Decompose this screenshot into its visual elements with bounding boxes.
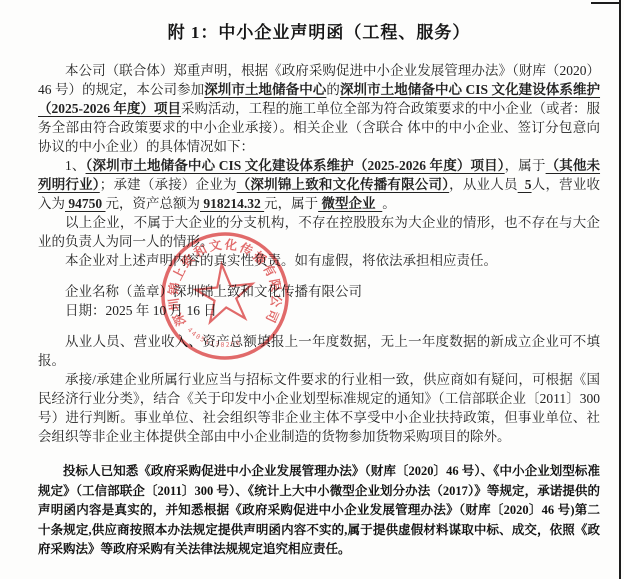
text-segment: 1、 [65, 158, 86, 173]
truthfulness-statement: 本企业对上述声明内容的真实性负责。如有虚假，将依法承担相应责任。 [38, 251, 600, 270]
scanned-page: 附 1：中小企业声明函（工程、服务） 本公司（联合体）郑重声明，根据《政府采购促… [0, 0, 624, 579]
filling-note: 从业人员、营业收入、资产总额填报上一年度数据，无上一年度数据的新成立企业可不填报… [38, 332, 600, 370]
text-segment: 以上企业，不属于大企业的分支机构，不存在控股股东为大企业的情形，也不存在与大企业… [38, 215, 600, 249]
bidder-legal-acknowledgement: 投标人已知悉《政府采购促进中小企业发展管理办法》（财库〔2020〕46 号）、《… [38, 462, 600, 560]
enterprise-detail-item-filled-value: （深圳锦上致和文化传播有限公司） [237, 177, 449, 192]
text-segment: ，属于 [505, 158, 546, 173]
enterprise-detail-item-filled-value: 微型企业 [318, 196, 382, 211]
no-affiliation-statement: 以上企业，不属于大企业的分支机构，不存在控股股东为大企业的情形，也不存在与大企业… [38, 213, 600, 251]
text-segment: 。 [382, 196, 396, 211]
declaration-intro: 本公司（联合体）郑重声明，根据《政府采购促进中小企业发展管理办法》（财库（202… [38, 61, 600, 156]
page-edge-line-right [619, 0, 621, 579]
industry-judgement-note: 承接/承建企业所属行业应当与招标文件要求的行业相一致，供应商如有疑问，可根据《国… [38, 370, 600, 446]
text-segment: 从业人员、营业收入、资产总额填报上一年度数据，无上一年度数据的新成立企业可不填报… [38, 334, 600, 368]
text-segment: 本企业对上述声明内容的真实性负责。如有虚假，将依法承担相应责任。 [65, 253, 497, 268]
text-segment: ，从业人员 [449, 177, 518, 192]
enterprise-detail-item-filled-value: 94750 [65, 196, 106, 211]
text-segment: ；承建（承接）企业为 [100, 177, 237, 192]
enterprise-detail-item-filled-value: （深圳市土地储备中心 CIS 文化建设体系维护（2025-2026 年度）项目） [86, 158, 505, 173]
page-edge-line-top-right [591, 2, 621, 4]
text-segment: 投标人已知悉《政府采购促进中小企业发展管理办法》（财库〔2020〕46 号）、《… [38, 464, 600, 556]
text-segment: 元，资产总额为 [106, 196, 201, 211]
date-line: 日期：2025 年 10 月 16 日 [38, 301, 600, 320]
enterprise-detail-item-filled-value: 918214.32 [200, 196, 264, 211]
text-segment: 的 [326, 82, 340, 97]
text-segment: 日期：2025 年 10 月 16 日 [65, 303, 217, 318]
declaration-intro-filled-value: 深圳市土地储备中心 [204, 82, 326, 97]
text-segment: 企业名称（盖章）深圳锦上致和文化传播有限公司 [65, 284, 362, 299]
enterprise-detail-item: 1、（深圳市土地储备中心 CIS 文化建设体系维护（2025-2026 年度）项… [38, 156, 600, 213]
text-segment: 元，属于 [264, 196, 318, 211]
text-segment: 承接/承建企业所属行业应当与招标文件要求的行业相一致，供应商如有疑问，可根据《国… [38, 372, 600, 444]
company-name-line: 企业名称（盖章）深圳锦上致和文化传播有限公司 [38, 282, 600, 301]
document-body: 本公司（联合体）郑重声明，根据《政府采购促进中小企业发展管理办法》（财库（202… [38, 61, 600, 560]
declaration-document: 附 1：中小企业声明函（工程、服务） 本公司（联合体）郑重声明，根据《政府采购促… [38, 8, 600, 560]
enterprise-detail-item-filled-value: 5 [518, 177, 532, 192]
document-title: 附 1：中小企业声明函（工程、服务） [38, 18, 600, 43]
